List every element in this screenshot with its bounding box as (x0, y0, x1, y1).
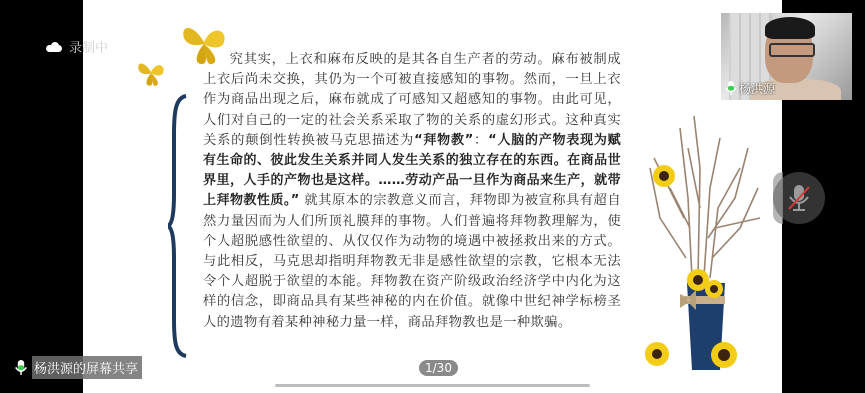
presenter-video-tile[interactable]: 杨洪源 (721, 13, 852, 100)
presenter-name: 杨洪源 (739, 80, 775, 97)
curly-brace-decoration (168, 14, 188, 359)
mic-muted-icon (787, 183, 811, 213)
mute-toggle-button[interactable] (773, 172, 825, 224)
presenter-name-tag: 杨洪源 (725, 80, 775, 97)
screen-share-owner: 杨洪源的屏幕共享 (32, 356, 142, 379)
presenter-glasses (769, 43, 815, 57)
page-indicator: 1/30 (419, 360, 458, 376)
presenter-hair (765, 17, 815, 39)
mic-active-icon (14, 360, 28, 376)
cloud-icon (46, 42, 62, 52)
slide-body-text: 究其实，上衣和麻布反映的是其各自生产者的劳动。麻布被制成上衣后尚未交换，其仍为一… (203, 50, 621, 333)
sunflower-vase-decoration (640, 108, 782, 378)
slide-progress-bar[interactable] (275, 384, 590, 387)
body-text: 就其原本的宗教意义而言，拜物即为被宣称具有超自然力量因而为人们所顶礼膜拜的事物。… (203, 193, 621, 329)
butterfly-decoration-icon (135, 58, 167, 90)
mic-active-icon (725, 81, 737, 96)
recording-label: 录制中 (69, 37, 108, 56)
colon: ： (474, 133, 489, 148)
screen-share-label: 杨洪源的屏幕共享 (14, 356, 142, 379)
recording-indicator: 录制中 (46, 37, 108, 56)
shared-slide: 究其实，上衣和麻布反映的是其各自生产者的劳动。麻布被制成上衣后尚未交换，其仍为一… (83, 0, 782, 393)
term-fetishism: “拜物教” (414, 133, 474, 148)
